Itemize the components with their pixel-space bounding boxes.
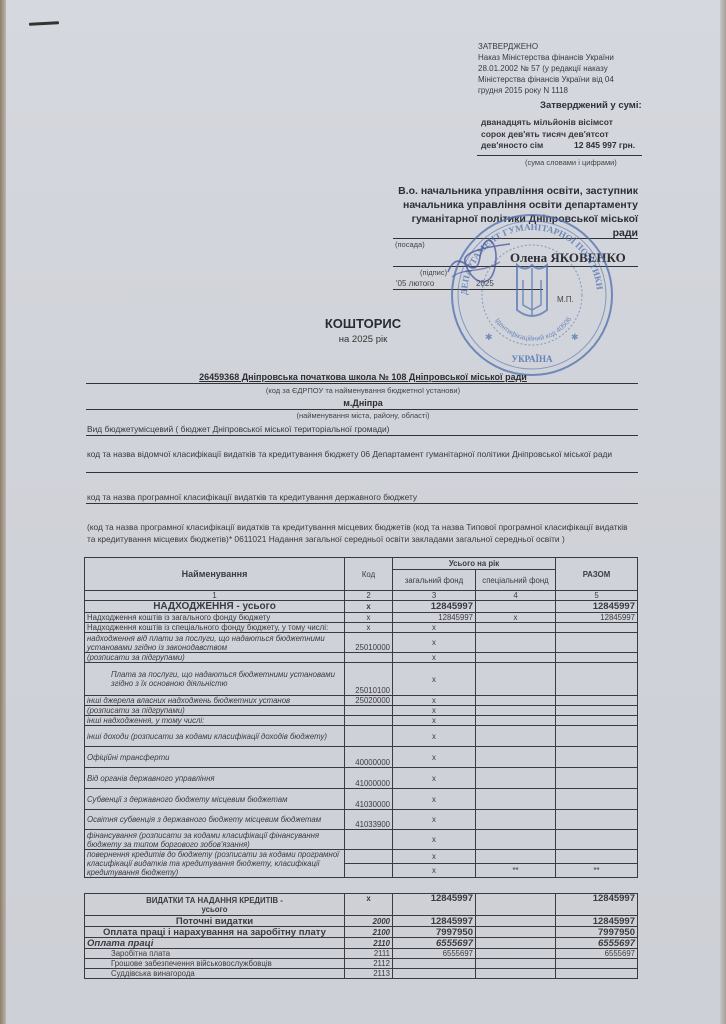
row-total: 12845997 xyxy=(556,916,638,927)
row-special-fund: ** xyxy=(476,864,556,878)
state-program-underline xyxy=(86,503,638,504)
row-name: Заробітна плата xyxy=(85,949,345,959)
row-total xyxy=(556,830,638,850)
header-code: Код xyxy=(345,558,393,591)
row-special-fund xyxy=(476,623,556,633)
sign-date-day: '05 лютого xyxy=(396,279,434,288)
table-row: Оплата праці і нарахування на заробітну … xyxy=(85,927,638,938)
row-general-fund: x xyxy=(393,653,476,663)
row-name: Освітня субвенція з державного бюджету м… xyxy=(85,810,345,830)
row-name: інші доходи (розписати за кодами класифі… xyxy=(85,726,345,747)
row-total: ** xyxy=(556,864,638,878)
row-general-fund: x xyxy=(393,696,476,706)
row-general-fund: x xyxy=(393,747,476,768)
row-special-fund xyxy=(476,916,556,927)
row-total xyxy=(556,706,638,716)
row-general-fund xyxy=(393,969,476,979)
table-row: Суддівська винагорода2113 xyxy=(85,969,638,979)
table-row: надходження від плати за послуги, що над… xyxy=(85,633,638,653)
row-special-fund xyxy=(476,696,556,706)
row-code: x xyxy=(345,623,393,633)
row-name: інші надходження, у тому числі: xyxy=(85,716,345,726)
expense-table: ВИДАТКИ ТА НАДАННЯ КРЕДИТІВ - усьогоx128… xyxy=(84,893,638,979)
row-total: 7997950 xyxy=(556,927,638,938)
row-special-fund xyxy=(476,653,556,663)
row-general-fund: 12845997 xyxy=(393,601,476,613)
row-general-fund: x xyxy=(393,716,476,726)
row-code: x xyxy=(345,613,393,623)
row-special-fund xyxy=(476,601,556,613)
row-special-fund xyxy=(476,633,556,653)
row-code: 2111 xyxy=(345,949,393,959)
row-general-fund: 6555697 xyxy=(393,938,476,949)
row-total xyxy=(556,653,638,663)
row-special-fund xyxy=(476,747,556,768)
table-row: Поточні видатки20001284599712845997 xyxy=(85,916,638,927)
row-special-fund xyxy=(476,969,556,979)
row-general-fund: x xyxy=(393,789,476,810)
col-number: 3 xyxy=(393,591,476,601)
table-row: інші надходження, у тому числі:x xyxy=(85,716,638,726)
approval-order-line: грудня 2015 року N 1118 xyxy=(478,85,614,96)
header-special-fund: спеціальний фонд xyxy=(476,570,556,591)
row-code: 2110 xyxy=(345,938,393,949)
row-name: Плата за послуги, що надаються бюджетним… xyxy=(85,663,345,696)
table-row: Надходження коштів із загального фонду б… xyxy=(85,613,638,623)
row-general-fund xyxy=(393,959,476,969)
city-name: м.Дніпра xyxy=(0,398,726,408)
row-code: 25010100 xyxy=(345,663,393,696)
row-name: Поточні видатки xyxy=(85,916,345,927)
row-special-fund xyxy=(476,894,556,916)
budget-type: Вид бюджетумісцевий ( бюджет Дніпровсько… xyxy=(87,423,637,435)
city-caption: (найменування міста, району, області) xyxy=(0,411,726,420)
row-name: Суддівська винагорода xyxy=(85,969,345,979)
row-code xyxy=(345,864,393,878)
row-code xyxy=(345,850,393,864)
row-name: Надходження коштів із спеціального фонду… xyxy=(85,623,345,633)
row-code xyxy=(345,726,393,747)
row-total: 12845997 xyxy=(556,613,638,623)
row-special-fund xyxy=(476,850,556,864)
table-row: (розписати за підгрупами)x xyxy=(85,653,638,663)
row-total xyxy=(556,810,638,830)
row-general-fund: x xyxy=(393,726,476,747)
table-row: інші доходи (розписати за кодами класифі… xyxy=(85,726,638,747)
approval-order-line: Наказ Міністерства фінансів України xyxy=(478,52,614,63)
row-name: Субвенції з державного бюджету місцевим … xyxy=(85,789,345,810)
institution-name: 26459368 Дніпровська початкова школа № 1… xyxy=(0,372,726,382)
row-general-fund: x xyxy=(393,864,476,878)
row-name: Надходження коштів із загального фонду б… xyxy=(85,613,345,623)
table-row: Плата за послуги, що надаються бюджетним… xyxy=(85,663,638,696)
header-year-total: Усього на рік xyxy=(393,558,556,570)
row-special-fund xyxy=(476,830,556,850)
local-program-classification: (код та назва програмної класифікації ви… xyxy=(87,521,637,545)
row-special-fund xyxy=(476,810,556,830)
row-general-fund: 12845997 xyxy=(393,916,476,927)
row-name: НАДХОДЖЕННЯ - усього xyxy=(85,601,345,613)
approved-sum-title: Затверджений у сумі: xyxy=(540,100,642,111)
row-total xyxy=(556,747,638,768)
row-code: 2113 xyxy=(345,969,393,979)
row-total xyxy=(556,623,638,633)
row-name: надходження від плати за послуги, що над… xyxy=(85,633,345,653)
row-general-fund: x xyxy=(393,633,476,653)
row-name: Грошове забезпечення військовослужбовців xyxy=(85,959,345,969)
row-code: 25010000 xyxy=(345,633,393,653)
row-code: x xyxy=(345,601,393,613)
row-general-fund: x xyxy=(393,706,476,716)
table-row: НАДХОДЖЕННЯ - усьогоx1284599712845997 xyxy=(85,601,638,613)
col-number: 4 xyxy=(476,591,556,601)
row-code xyxy=(345,716,393,726)
row-general-fund: 12845997 xyxy=(393,613,476,623)
row-name: Оплата праці xyxy=(85,938,345,949)
document-title: КОШТОРИС xyxy=(0,316,726,331)
row-special-fund xyxy=(476,959,556,969)
row-general-fund: 12845997 xyxy=(393,894,476,916)
row-total xyxy=(556,850,638,864)
row-total xyxy=(556,726,638,747)
row-special-fund xyxy=(476,663,556,696)
row-total xyxy=(556,959,638,969)
row-total xyxy=(556,696,638,706)
sum-words-line: сорок дев'ять тисяч дев'ятсот xyxy=(481,129,613,141)
row-total: 12845997 xyxy=(556,894,638,916)
row-total xyxy=(556,633,638,653)
row-total xyxy=(556,716,638,726)
row-special-fund xyxy=(476,768,556,789)
table-row: інші джерела власних надходжень бюджетни… xyxy=(85,696,638,706)
row-total xyxy=(556,768,638,789)
row-code: 2112 xyxy=(345,959,393,969)
header-general-fund: загальний фонд xyxy=(393,570,476,591)
row-code: x xyxy=(345,894,393,916)
row-general-fund: x xyxy=(393,768,476,789)
table-row: Грошове забезпечення військовослужбовців… xyxy=(85,959,638,969)
table-row: Освітня субвенція з державного бюджету м… xyxy=(85,810,638,830)
row-general-fund: x xyxy=(393,810,476,830)
approval-order-line: 28.01.2002 № 57 (у редакції наказу xyxy=(478,63,614,74)
institution-caption: (код за ЄДРПОУ та найменування бюджетної… xyxy=(0,386,726,395)
position-line: В.о. начальника управління освіти, засту… xyxy=(380,184,638,198)
table-row: фінансування (розписати за кодами класиф… xyxy=(85,830,638,850)
budget-type-underline xyxy=(86,435,638,436)
table-row: ВИДАТКИ ТА НАДАННЯ КРЕДИТІВ - усьогоx128… xyxy=(85,894,638,916)
departmental-classification: код та назва відомчої класифікації видат… xyxy=(87,448,637,460)
row-special-fund xyxy=(476,716,556,726)
sum-underline xyxy=(477,155,642,156)
row-total xyxy=(556,663,638,696)
row-total: 6555697 xyxy=(556,949,638,959)
header-name: Найменування xyxy=(85,558,345,591)
state-program-classification: код та назва програмної класифікації вид… xyxy=(87,491,637,503)
row-special-fund xyxy=(476,726,556,747)
row-general-fund: x xyxy=(393,850,476,864)
row-code: 41030000 xyxy=(345,789,393,810)
row-code: 41033900 xyxy=(345,810,393,830)
position-caption: (посада) xyxy=(395,240,425,249)
row-code: 25020000 xyxy=(345,696,393,706)
sum-words-line: дванадцять мільйонів вісімсот xyxy=(481,117,613,129)
row-name: ВИДАТКИ ТА НАДАННЯ КРЕДИТІВ - усього xyxy=(85,894,345,916)
row-code: 2100 xyxy=(345,927,393,938)
row-name: фінансування (розписати за кодами класиф… xyxy=(85,830,345,850)
table-row: Надходження коштів із спеціального фонду… xyxy=(85,623,638,633)
row-total: 12845997 xyxy=(556,601,638,613)
row-code xyxy=(345,706,393,716)
table-row: Заробітна плата211165556976555697 xyxy=(85,949,638,959)
row-total: 6555697 xyxy=(556,938,638,949)
institution-underline xyxy=(86,383,638,384)
row-code: 41000000 xyxy=(345,768,393,789)
table-row: Оплата праці211065556976555697 xyxy=(85,938,638,949)
approval-order-line: Міністерства фінансів України від 04 xyxy=(478,74,614,85)
approval-block: ЗАТВЕРДЖЕНО Наказ Міністерства фінансів … xyxy=(478,41,614,96)
row-code xyxy=(345,830,393,850)
row-general-fund: x xyxy=(393,663,476,696)
row-general-fund: 6555697 xyxy=(393,949,476,959)
approval-heading: ЗАТВЕРДЖЕНО xyxy=(478,41,614,52)
table-row: Офіційні трансферти40000000x xyxy=(85,747,638,768)
page-edge-right xyxy=(720,0,726,1024)
approved-sum-number: 12 845 997 грн. xyxy=(574,140,635,150)
row-special-fund xyxy=(476,927,556,938)
sum-caption: (сума словами і цифрами) xyxy=(525,158,617,167)
row-name: Офіційні трансферти xyxy=(85,747,345,768)
table-row: повернення кредитів до бюджету (розписат… xyxy=(85,850,638,864)
document-year: на 2025 рік xyxy=(0,334,726,345)
signature-scribble xyxy=(440,232,520,292)
row-general-fund: x xyxy=(393,623,476,633)
row-general-fund: x xyxy=(393,830,476,850)
row-special-fund xyxy=(476,789,556,810)
row-name: Від органів державного управління xyxy=(85,768,345,789)
row-name: (розписати за підгрупами) xyxy=(85,653,345,663)
row-code: 40000000 xyxy=(345,747,393,768)
row-code: 2000 xyxy=(345,916,393,927)
table-row: (розписати за підгрупами)x xyxy=(85,706,638,716)
row-special-fund xyxy=(476,706,556,716)
row-name: інші джерела власних надходжень бюджетни… xyxy=(85,696,345,706)
row-total xyxy=(556,969,638,979)
col-number: 2 xyxy=(345,591,393,601)
row-name: Оплата праці і нарахування на заробітну … xyxy=(85,927,345,938)
svg-text:УКРАЇНА: УКРАЇНА xyxy=(512,354,553,364)
col-number: 5 xyxy=(556,591,638,601)
row-name: повернення кредитів до бюджету (розписат… xyxy=(85,850,345,878)
departmental-underline xyxy=(86,472,638,473)
row-name: (розписати за підгрупами) xyxy=(85,706,345,716)
row-special-fund xyxy=(476,949,556,959)
row-general-fund: 7997950 xyxy=(393,927,476,938)
table-row: Від органів державного управління4100000… xyxy=(85,768,638,789)
revenue-table: Найменування Код Усього на рік РАЗОМ заг… xyxy=(84,557,638,878)
city-underline xyxy=(86,409,638,410)
row-code xyxy=(345,653,393,663)
table-row: Субвенції з державного бюджету місцевим … xyxy=(85,789,638,810)
row-total xyxy=(556,789,638,810)
header-total: РАЗОМ xyxy=(556,558,638,591)
col-number: 1 xyxy=(85,591,345,601)
row-special-fund: x xyxy=(476,613,556,623)
row-special-fund xyxy=(476,938,556,949)
